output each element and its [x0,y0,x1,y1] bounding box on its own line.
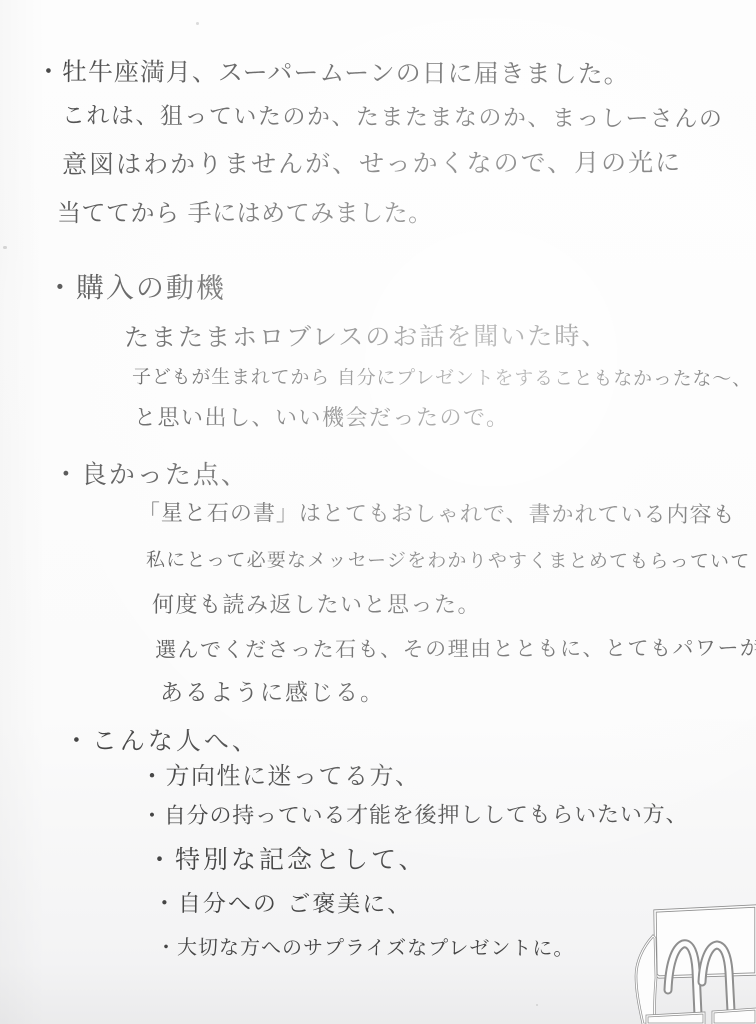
note-line: 「星と石の書」はとてもおしゃれで、書かれている内容も [138,501,736,529]
note-line: ・牡牛座満月、スーパームーンの日に届きました。 [36,57,630,90]
paper-speck [3,246,7,249]
note-line: 私にとって必要なメッセージをわかりやすくまとめてもらっていて [146,549,751,573]
section-heading-good-points: ・良かった点、 [53,460,249,492]
note-line: ・自分の持っている才能を後押ししてもらいたい方、 [141,803,688,831]
hand-holding-card-drawing-icon [598,878,756,1024]
note-line: 選んでくださった石も、その理由とともに、とてもパワーが [155,636,756,663]
note-line: 何度も読み返したいと思った。 [152,593,481,619]
note-line: 意図はわかりませんが、せっかくなので、月の光に [62,148,682,180]
note-line: たまたまホロブレスのお話を聞いた時、 [124,321,608,353]
note-line: 当ててから 手にはめてみました。 [57,199,433,228]
paper-speck [536,1004,538,1006]
note-line: 子どもが生まれてから 自分にプレゼントをすることもなかったな〜、 [132,366,752,391]
note-line: あるように感じる。 [160,680,385,708]
note-line: これは、狙っていたのか、たまたまなのか、まっしーさんの [62,103,724,134]
paper-speck [196,22,199,25]
note-line: と思い出し、いい機会だったので。 [134,406,510,432]
note-line: ・自分への ご褒美に、 [153,891,412,919]
note-line: ・方向性に迷ってる方、 [140,762,421,791]
section-heading-purchase-motive: ・購入の動機 [46,271,226,305]
note-line: ・特別な記念として、 [147,845,427,875]
handwritten-note-page: ・牡牛座満月、スーパームーンの日に届きました。 これは、狙っていたのか、たまたま… [0,0,756,1024]
note-line: ・大切な方へのサプライズなプレゼントに。 [156,935,574,960]
section-heading-recommended-for: ・こんな人へ、 [64,726,260,757]
